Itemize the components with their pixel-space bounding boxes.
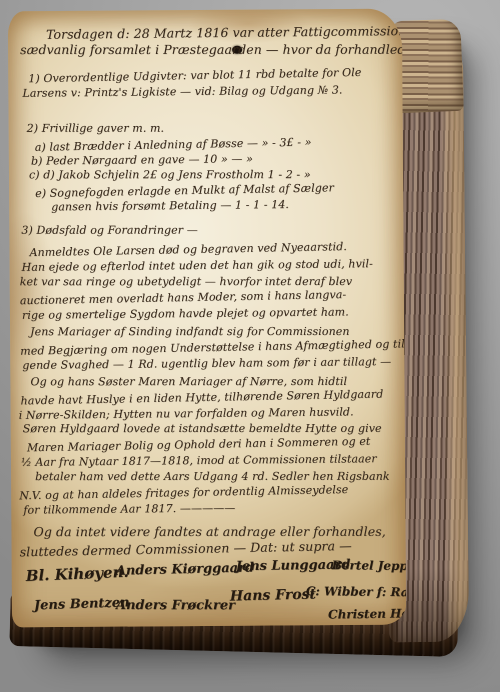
manuscript-line: auctioneret men overladt hans Moder, som… xyxy=(20,288,347,307)
manuscript-line: ½ Aar fra Nytaar 1817—1818, imod at Comm… xyxy=(21,452,377,469)
manuscript-line: 1) Overordentlige Udgivter: var blot 11 … xyxy=(28,66,361,85)
manuscript-line: gansen hvis forsømt Betaling — 1 - 1 - 1… xyxy=(51,198,289,213)
manuscript-page: Torsdagen d: 28 Martz 1816 var atter Fat… xyxy=(8,9,406,628)
signature: Hans Frost xyxy=(230,586,316,604)
manuscript-line: sluttedes dermed Commissionen — Dat: ut … xyxy=(20,539,352,558)
handwritten-text-block: Torsdagen d: 28 Martz 1816 var atter Fat… xyxy=(16,15,404,624)
manuscript-line: c) d) Jakob Schjelin 2£ og Jens Frosthol… xyxy=(29,168,311,181)
manuscript-line: i Nørre-Skilden; Hytten nu var forfalden… xyxy=(19,405,354,422)
manuscript-line: Anmeldtes Ole Larsen død og begraven ved… xyxy=(29,240,347,259)
manuscript-line: for tilkommende Aar 1817. ————— xyxy=(23,501,235,516)
manuscript-line: rige og smertelige Sygdom havde plejet o… xyxy=(22,305,349,321)
signature: Bertel Jeppesen xyxy=(332,558,406,573)
manuscript-line: Søren Hyldgaard lovede at istandsætte be… xyxy=(23,422,382,435)
manuscript-line: 3) Dødsfald og Forandringer — xyxy=(21,224,197,237)
manuscript-line: a) last Brædder i Anledning af Bøsse — »… xyxy=(35,136,312,154)
manuscript-line: Han ejede og efterlod intet uden det han… xyxy=(22,257,373,274)
manuscript-line: Og da intet videre fandtes at andrage el… xyxy=(33,525,385,538)
manuscript-line: b) Peder Nørgaard en gave — 10 » — » xyxy=(31,152,253,167)
signature: Bl. Kihøyen. xyxy=(25,563,129,585)
signature: Christen Hovbor xyxy=(328,606,406,622)
manuscript-line: Og og hans Søster Maren Mariager af Nørr… xyxy=(30,375,347,388)
manuscript-line: havde havt Huslye i en liden Hytte, tilh… xyxy=(20,388,383,408)
signature: Anders Frøckrer xyxy=(116,598,235,613)
manuscript-line: ket var saa ringe og ubetydeligt — hvorf… xyxy=(20,275,352,288)
manuscript-line: sædvanlig forsamlet i Præstegaarden — hv… xyxy=(20,43,406,56)
manuscript-line: N.V. og at han aldeles fritages for orde… xyxy=(19,483,348,502)
manuscript-line: e) Sognefogden erlagde en Mulkt af Malst… xyxy=(35,181,334,200)
manuscript-line: Maren Mariager Bolig og Ophold deri han … xyxy=(27,435,371,455)
manuscript-line: gende Svaghed — 1 Rd. ugentlig blev ham … xyxy=(22,355,391,372)
book: Torsdagen d: 28 Martz 1816 var atter Fat… xyxy=(8,6,466,652)
manuscript-line: 2) Frivillige gaver m. m. xyxy=(27,122,164,135)
manuscript-line: Larsens v: Printz's Ligkiste — vid: Bila… xyxy=(22,83,342,99)
signature: C: Wibber f: Ramby xyxy=(306,584,406,599)
signature: Anders Kiørggaard xyxy=(116,560,255,578)
manuscript-line: Jens Mariager af Sinding indfandt sig fo… xyxy=(30,325,349,338)
photo-backdrop: Torsdagen d: 28 Martz 1816 var atter Fat… xyxy=(0,0,500,692)
manuscript-line: betaler ham ved dette Aars Udgang 4 rd. … xyxy=(35,470,390,483)
manuscript-line: Torsdagen d: 28 Martz 1816 var atter Fat… xyxy=(46,24,406,41)
